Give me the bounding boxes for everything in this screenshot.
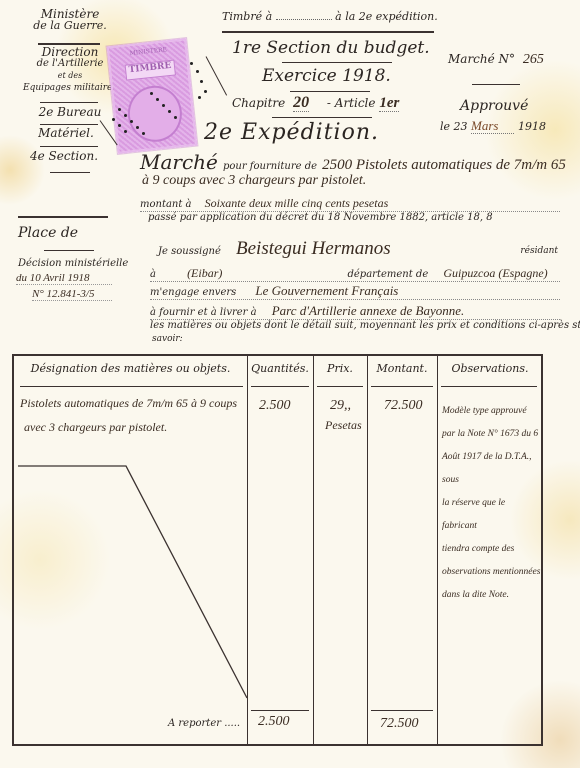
stamp-portrait-icon	[125, 83, 185, 144]
decision-label: Décision ministérielle	[18, 258, 128, 269]
divider	[472, 84, 520, 85]
marche-line: Marché pour fourniture de 2500 Pistolets…	[140, 150, 566, 174]
stamp-band: TIMBRE	[125, 59, 176, 80]
object-description-cont: à 9 coups avec 3 chargeurs par pistolet.	[142, 173, 366, 189]
decree-line: passé par application du décret du 18 No…	[148, 212, 493, 223]
contractor-name: Beistegui Hermanos	[236, 238, 391, 259]
decision-date: du 10 Avril 1918	[16, 272, 112, 285]
divider	[290, 91, 370, 92]
approuve-date: le 23 Mars 1918	[440, 118, 546, 134]
divider	[18, 216, 108, 218]
montant-line: montant à Soixante deux mille cinq cents…	[140, 192, 560, 212]
items-table: Désignation des matières ou objets. Quan…	[12, 354, 543, 746]
article-value: 1er	[379, 95, 399, 112]
section-label: 4e Section.	[14, 150, 114, 162]
object-description: 2500 Pistolets automatiques de 7m/m 65	[322, 157, 566, 173]
cancel-diagonal	[14, 356, 545, 748]
divider	[282, 62, 392, 63]
report-quantite: 2.500	[258, 714, 290, 730]
departement-value: Guipuzcoa (Espagne)	[443, 266, 547, 280]
montant-value: Soixante deux mille cinq cents pesetas	[205, 196, 389, 210]
engagement-line: m'engage envers Le Gouvernement Français	[150, 280, 560, 300]
engage-value: Le Gouvernement Français	[255, 283, 398, 298]
soussigne-line: Je soussigné Beistegui Hermanos résidant	[158, 238, 558, 260]
chapitre-line: Chapitre 20 - Article 1er	[232, 94, 399, 112]
report-label: A reporter .....	[168, 718, 240, 729]
revenue-stamp: MINISTERE TIMBRE	[107, 38, 198, 154]
budget-section: 1re Section du budget.	[232, 38, 430, 58]
ministry-title: Ministère de la Guerre.	[20, 8, 120, 32]
divider	[50, 172, 90, 173]
divider	[44, 250, 94, 251]
timbre-line: Timbré à à la 2e expédition.	[222, 10, 438, 23]
divider	[40, 102, 98, 103]
report-montant: 72.500	[380, 716, 419, 732]
marche-number-line: Marché N° 265	[448, 52, 544, 68]
approuve-label: Approuvé	[460, 98, 528, 114]
conditions-line: les matières ou objets dont le détail su…	[150, 320, 580, 331]
place-de-label: Place de	[18, 225, 78, 241]
chapitre-value: 20	[293, 94, 309, 112]
city-value: (Eibar)	[187, 266, 222, 280]
expedition-title: 2e Expédition.	[204, 120, 379, 145]
exercice-year: Exercice 1918.	[262, 66, 391, 86]
bureau-label: 2e Bureau	[20, 106, 120, 118]
direction-title: Direction de l'Artillerie et des Equipag…	[20, 46, 120, 94]
divider	[272, 117, 372, 118]
delivery-value: Parc d'Artillerie annexe de Bayonne.	[272, 303, 465, 318]
divider	[40, 146, 98, 147]
savoir-label: savoir:	[152, 334, 183, 344]
decision-number: N° 12.841-3/5	[32, 288, 112, 301]
stamp-text: MINISTERE	[115, 45, 181, 59]
marche-number: 265	[523, 52, 544, 67]
divider	[40, 124, 98, 125]
divider	[222, 31, 434, 33]
materiel-label: Matériel.	[16, 127, 116, 139]
location-line: à (Eibar) département de Guipuzcoa (Espa…	[150, 262, 560, 282]
delivery-line: à fournir et à livrer à Parc d'Artilleri…	[150, 300, 560, 320]
